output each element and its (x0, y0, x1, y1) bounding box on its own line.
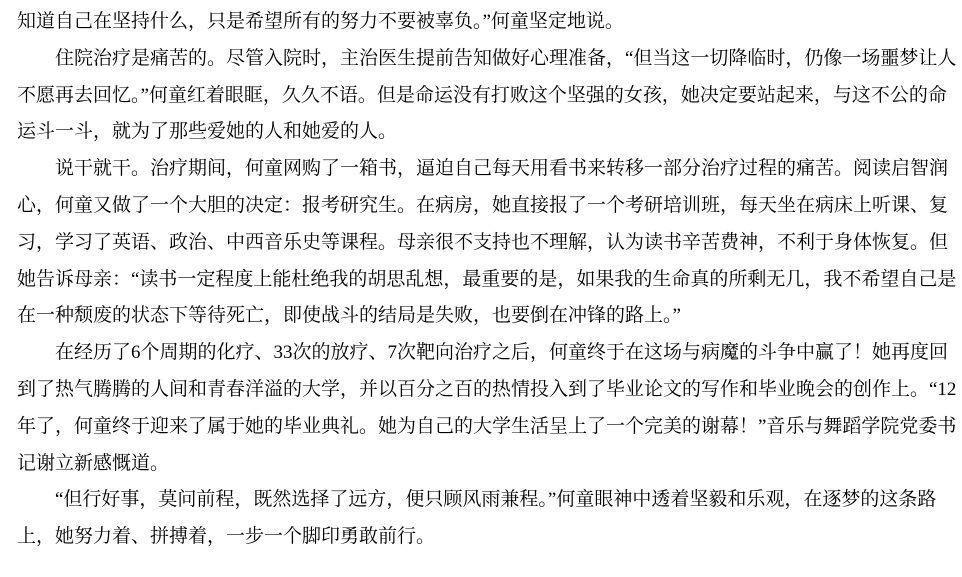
paragraph: 知道自己在坚持什么，只是希望所有的努力不要被辜负。”何童坚定地说。 (17, 4, 957, 41)
document-page: 知道自己在坚持什么，只是希望所有的努力不要被辜负。”何童坚定地说。住院治疗是痛苦… (0, 0, 962, 577)
paragraph: 在经历了6个周期的化疗、33次的放疗、7次靶向治疗之后，何童终于在这场与病魔的斗… (17, 335, 957, 482)
paragraph: 说干就干。治疗期间，何童网购了一箱书，逼迫自己每天用看书来转移一部分治疗过程的痛… (17, 151, 957, 335)
document-body: 知道自己在坚持什么，只是希望所有的努力不要被辜负。”何童坚定地说。住院治疗是痛苦… (17, 4, 957, 556)
paragraph: 住院治疗是痛苦的。尽管入院时，主治医生提前告知做好心理准备，“但当这一切降临时，… (17, 41, 957, 151)
paragraph: “但行好事，莫问前程，既然选择了远方，便只顾风雨兼程。”何童眼神中透着坚毅和乐观… (17, 482, 957, 556)
